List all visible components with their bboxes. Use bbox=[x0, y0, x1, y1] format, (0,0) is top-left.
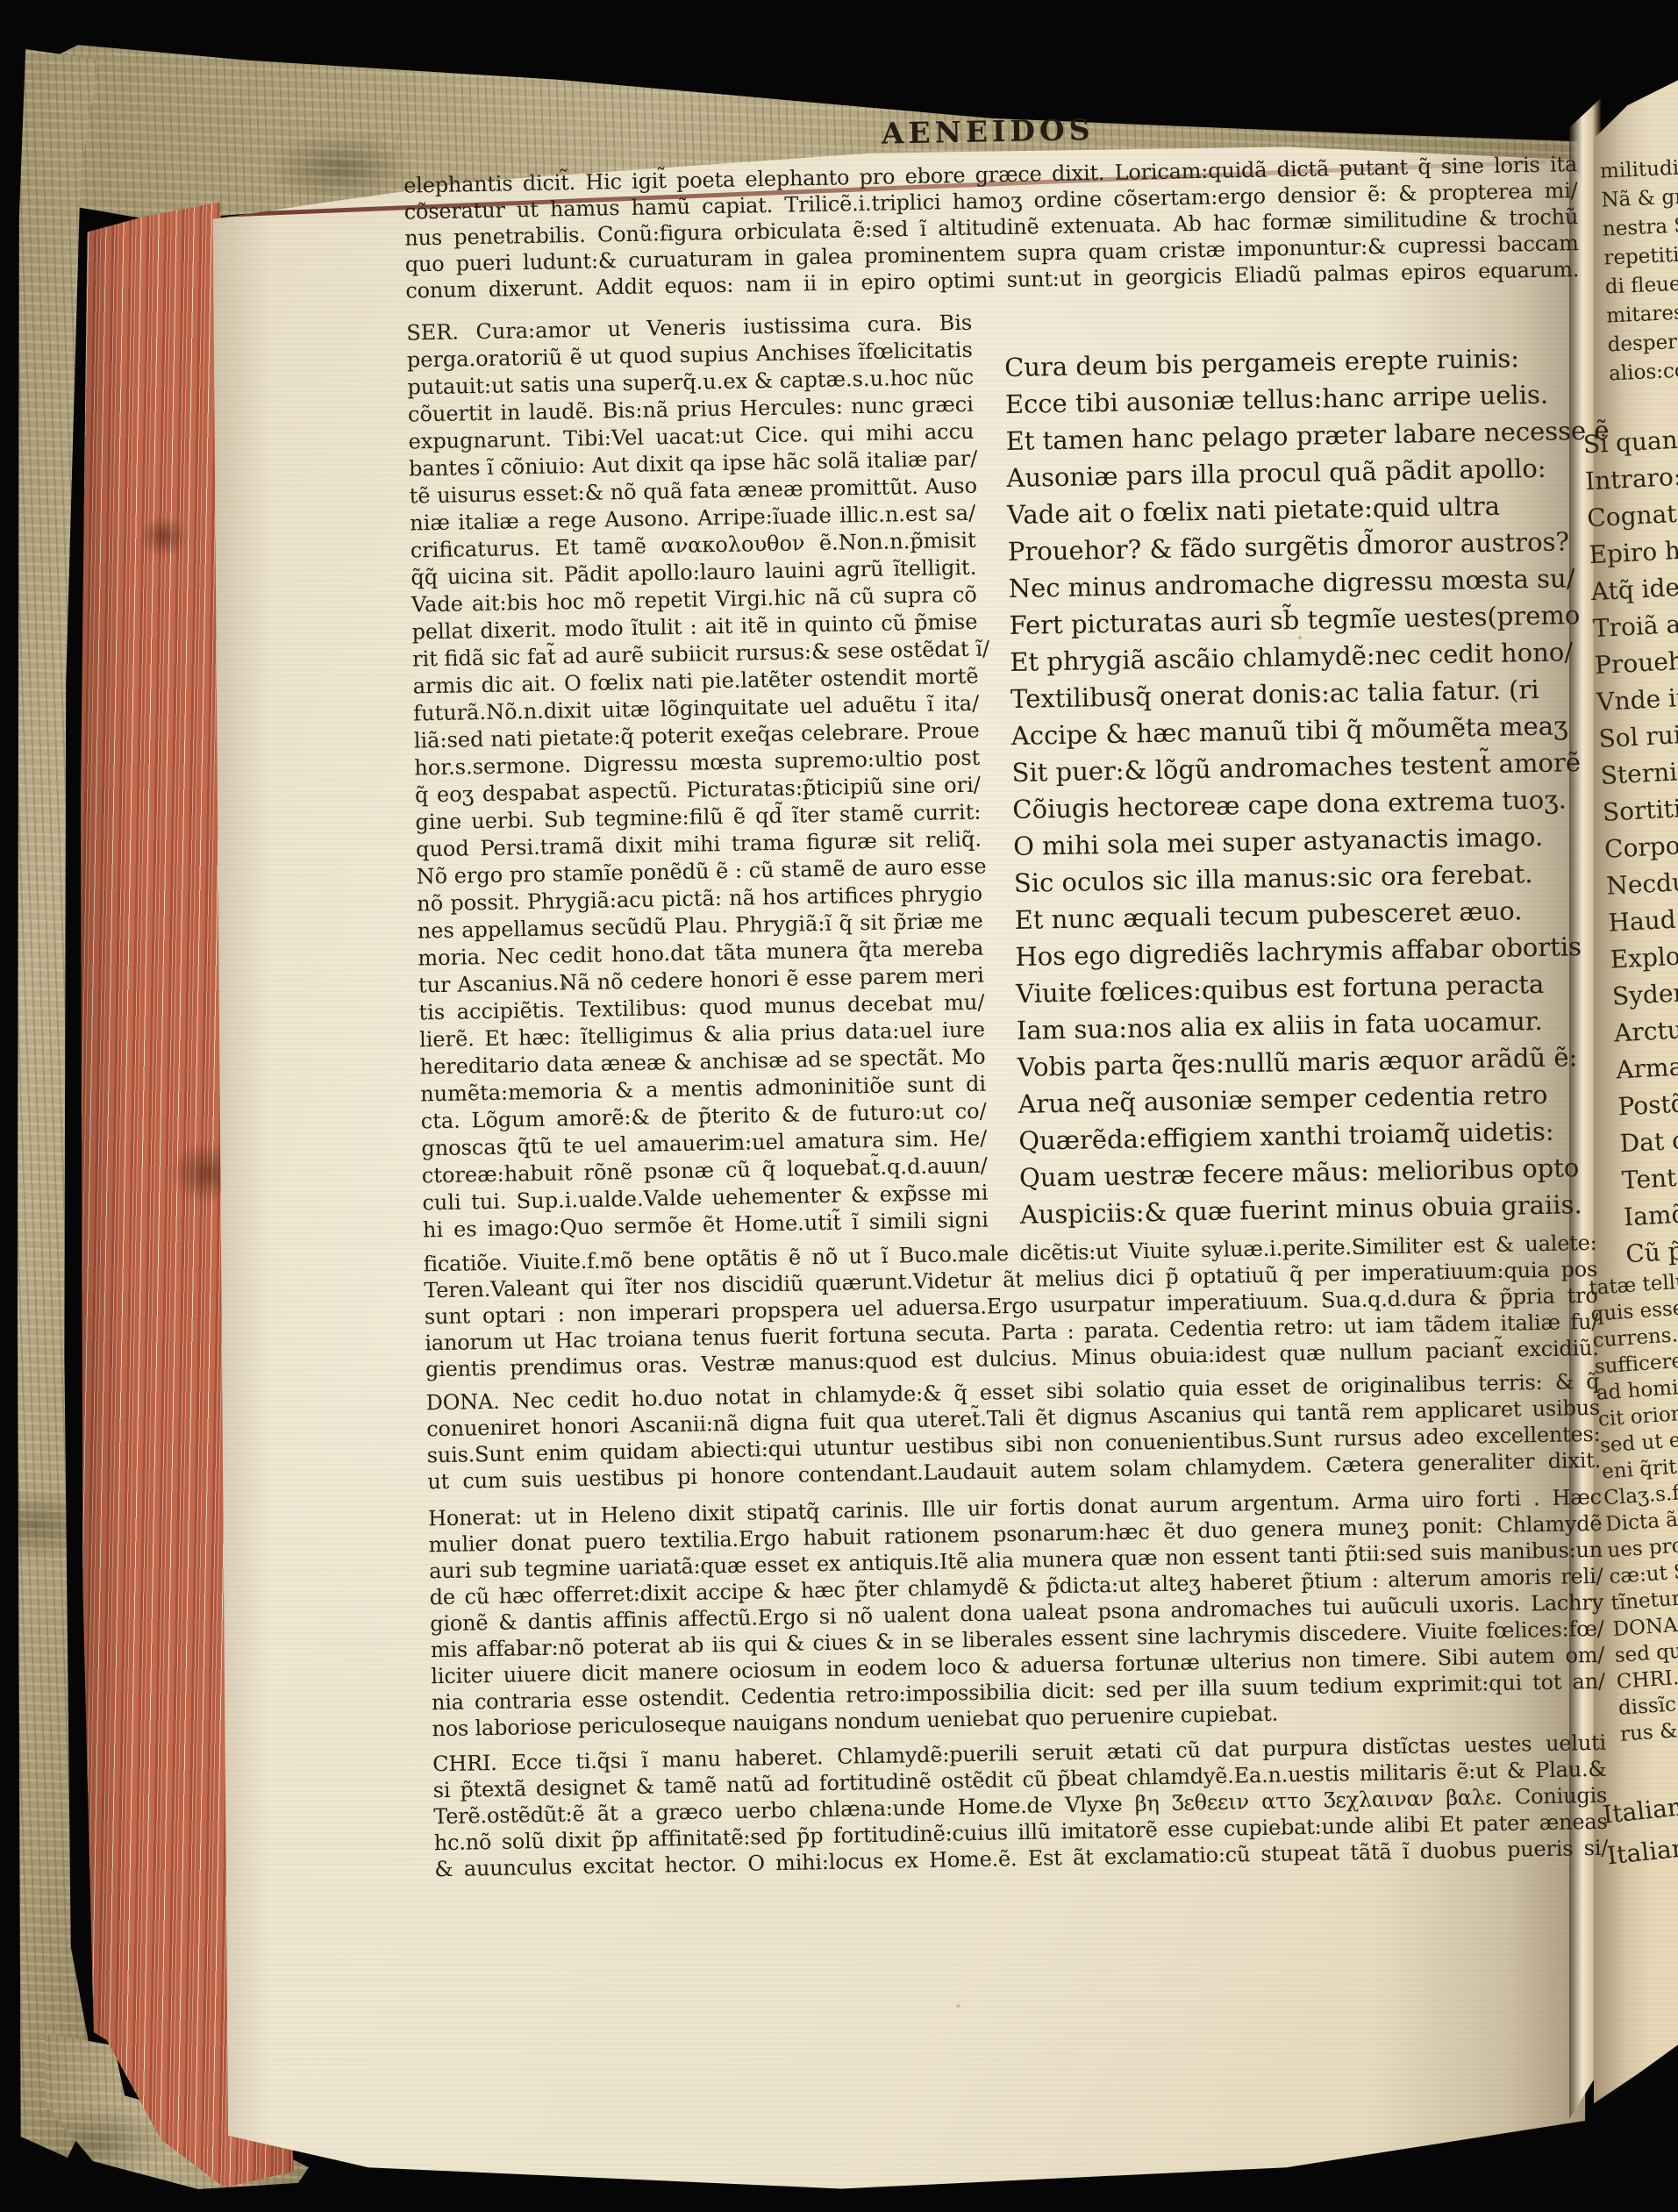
verse-column: Cura deum bis pergameis erepte ruinis:Ec… bbox=[1003, 298, 1596, 1233]
chri-commentary-paragraph: CHRI. Ecce ti.q̃si ĩ manu haberet. Chlam… bbox=[432, 1730, 1609, 1882]
intro-commentary-paragraph: elephantis dicit̃. Hic igit̃ poeta eleph… bbox=[403, 151, 1580, 303]
mid-commentary-paragraph: ficatiõe. Viuite.f.mõ bene optãtis ẽ nõ … bbox=[423, 1230, 1599, 1382]
facing-commentary-fragments-top: militudineNã & græcnestra Se iarepetitio… bbox=[1599, 146, 1678, 389]
two-column-section: SER. Cura:amor ut Veneris iustissima cur… bbox=[406, 298, 1596, 1244]
ghost-folio-number: 177 bbox=[361, 131, 404, 158]
printed-text-layer: 177 AENEIDOS elephantis dicit̃. Hic igit… bbox=[184, 63, 1613, 2212]
servius-commentary-column: SER. Cura:amor ut Veneris iustissima cur… bbox=[406, 310, 989, 1245]
book-photograph: { "book": { "header": "AENEIDOS", "ghost… bbox=[0, 0, 1678, 2212]
honerat-commentary-paragraph: Honerat: ut in Heleno dixit stipatq̃ car… bbox=[428, 1484, 1606, 1742]
dona-commentary-paragraph: DONA. Nec cedit ho.duo notat in chlamyde… bbox=[425, 1368, 1601, 1495]
running-title: AENEIDOS bbox=[404, 103, 1571, 159]
